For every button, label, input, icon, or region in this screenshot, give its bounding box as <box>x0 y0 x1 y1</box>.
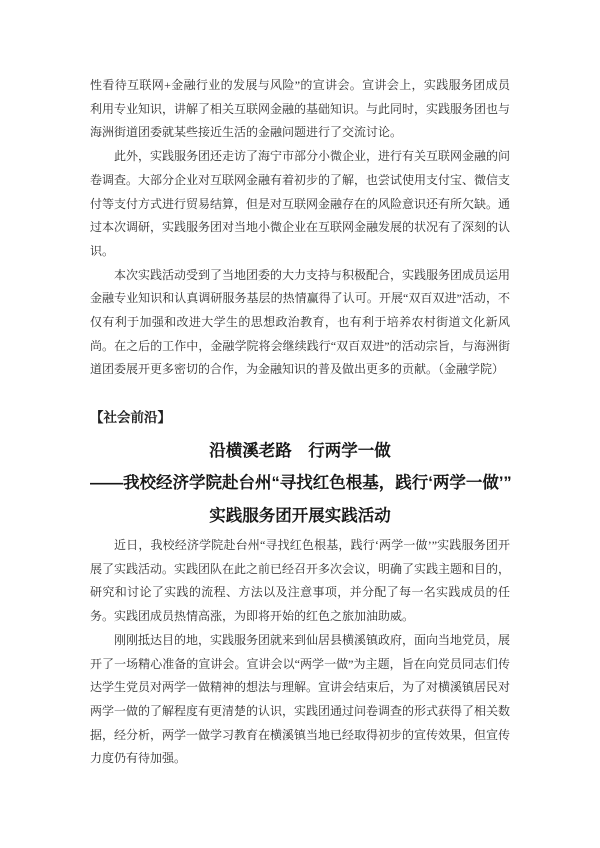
paragraph: 此外，实践服务团还走访了海宁市部分小微企业，进行有关互联网金融的问卷调查。大部分… <box>90 145 510 264</box>
section-social-frontier: 【社会前沿】 沿横溪老路 行两学一做 ——我校经济学院赴台州“寻找红色根基，践行… <box>90 406 510 771</box>
paragraph: 本次实践活动受到了当地团委的大力支持与积极配合，实践服务团成员运用金融专业知识和… <box>90 264 510 383</box>
article-title: 沿横溪老路 行两学一做 ——我校经济学院赴台州“寻找红色根基，践行‘两学一做’”… <box>90 435 510 533</box>
article-title-line-2: ——我校经济学院赴台州“寻找红色根基，践行‘两学一做’” <box>90 467 510 500</box>
paragraph: 近日，我校经济学院赴台州“寻找红色根基，践行‘两学一做’”实践服务团开展了实践活… <box>90 534 510 629</box>
article-title-line-3: 实践服务团开展实践活动 <box>90 500 510 533</box>
paragraph: 性看待互联网+金融行业的发展与风险”的宣讲会。宣讲会上，实践服务团成员利用专业知… <box>90 74 510 145</box>
section-label: 【社会前沿】 <box>90 406 510 430</box>
article-title-line-1: 沿横溪老路 行两学一做 <box>90 435 510 468</box>
document-page: 性看待互联网+金融行业的发展与风险”的宣讲会。宣讲会上，实践服务团成员利用专业知… <box>0 0 600 848</box>
article-finance-conclusion: 性看待互联网+金融行业的发展与风险”的宣讲会。宣讲会上，实践服务团成员利用专业知… <box>90 74 510 382</box>
paragraph: 刚刚抵达目的地，实践服务团就来到仙居县横溪镇政府，面向当地党员，展开了一场精心准… <box>90 629 510 771</box>
